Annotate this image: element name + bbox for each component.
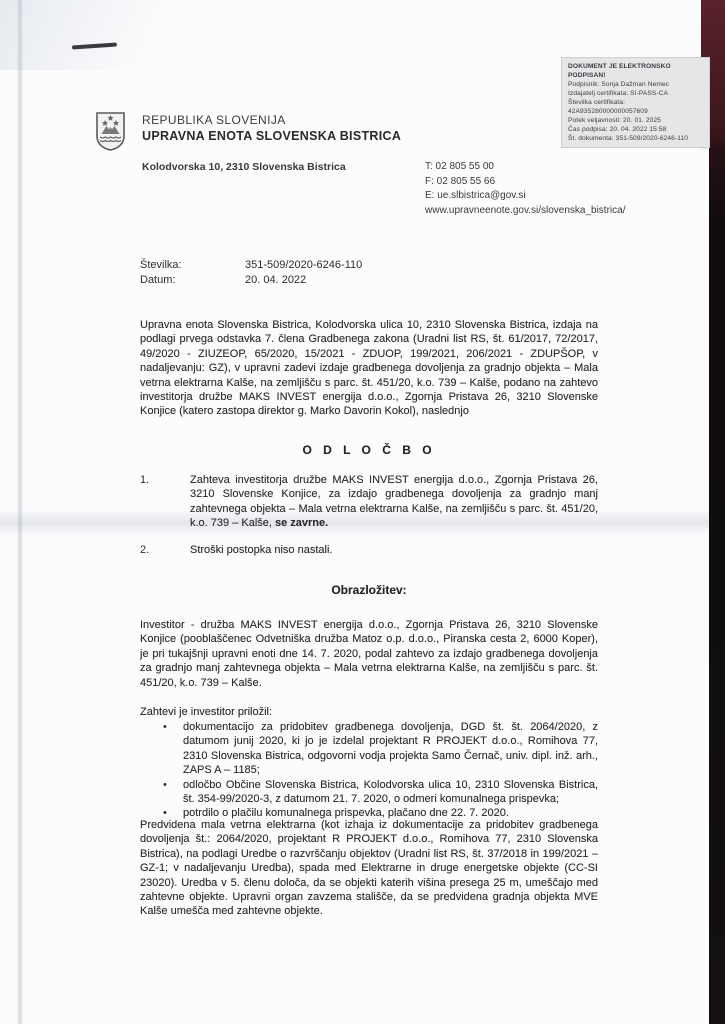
contact-fax: F: 02 805 55 66 bbox=[425, 175, 625, 190]
scan-sheen bbox=[0, 0, 240, 70]
investor-paragraph: Investitor - družba MAKS INVEST energija… bbox=[140, 618, 598, 690]
stamp-cert-number: Številka certifikata: 42A935280000000057… bbox=[568, 98, 704, 116]
decision-item-2: 2. Stroški postopka niso nastali. bbox=[140, 543, 598, 557]
attachments-list: • dokumentacijo za pridobitev gradbenega… bbox=[163, 720, 598, 821]
bullet-icon: • bbox=[163, 720, 183, 778]
contact-block: T: 02 805 55 00 F: 02 805 55 66 E: ue.sl… bbox=[425, 160, 625, 218]
stamp-title: DOKUMENT JE ELEKTRONSKO PODPISAN! bbox=[568, 62, 704, 80]
ref-number-label: Številka: bbox=[140, 258, 245, 273]
bullet-icon: • bbox=[163, 778, 183, 807]
scanned-document-page: { "stamp": { "title": "DOKUMENT JE ELEKT… bbox=[0, 0, 725, 1024]
intro-paragraph: Upravna enota Slovenska Bistrica, Kolodv… bbox=[140, 318, 598, 419]
item-text-bold: se zavrne. bbox=[275, 517, 328, 529]
ref-date-label: Datum: bbox=[140, 273, 245, 288]
final-paragraph: Predvidena mala vetrna elektrarna (kot i… bbox=[140, 818, 598, 919]
item-number: 2. bbox=[140, 543, 190, 557]
decision-item-1: 1. Zahteva investitorja družbe MAKS INVE… bbox=[140, 473, 598, 531]
stamp-valid-until: Potek veljavnosti: 20. 01. 2025 bbox=[568, 116, 704, 125]
list-item: • odločbo Občine Slovenska Bistrica, Kol… bbox=[163, 778, 598, 807]
ref-date-value: 20. 04. 2022 bbox=[245, 273, 306, 288]
decision-title: O D L O Č B O bbox=[140, 443, 598, 457]
stamp-signed-at: Čas podpisa: 20. 04. 2022 15:58 bbox=[568, 125, 704, 134]
contact-email: E: ue.slbistrica@gov.si bbox=[425, 189, 625, 204]
e-signature-stamp: DOKUMENT JE ELEKTRONSKO PODPISAN! Podpis… bbox=[561, 57, 710, 148]
office-address: Kolodvorska 10, 2310 Slovenska Bistrica bbox=[142, 161, 346, 173]
item-text-normal: Stroški postopka niso nastali. bbox=[190, 544, 332, 556]
list-item-text: dokumentacijo za pridobitev gradbenega d… bbox=[183, 720, 598, 778]
explanation-title: Obrazložitev: bbox=[140, 583, 598, 597]
reference-block: Številka: 351-509/2020-6246-110 Datum: 2… bbox=[140, 258, 362, 288]
office-name: UPRAVNA ENOTA SLOVENSKA BISTRICA bbox=[142, 129, 401, 143]
contact-phone: T: 02 805 55 00 bbox=[425, 160, 625, 175]
stamp-doc-number: Št. dokumenta: 351-509/2020-6246-110 bbox=[568, 134, 704, 143]
stamp-issuer: Izdajatelj certifikata: SI-PASS-CA bbox=[568, 89, 704, 98]
item-text: Zahteva investitorja družbe MAKS INVEST … bbox=[190, 473, 598, 531]
country-name: REPUBLIKA SLOVENIJA bbox=[142, 113, 401, 127]
stamp-signer: Podpisnik: Sonja Dažman Nemec bbox=[568, 80, 704, 89]
attachments-intro: Zahtevi je investitor priložil: bbox=[140, 705, 598, 719]
scan-edge-shadow bbox=[709, 0, 725, 1024]
item-text: Stroški postopka niso nastali. bbox=[190, 543, 598, 557]
page-fold-line bbox=[17, 0, 24, 1024]
item-text-normal: Zahteva investitorja družbe MAKS INVEST … bbox=[190, 474, 598, 529]
list-item: • dokumentacijo za pridobitev gradbenega… bbox=[163, 720, 598, 778]
list-item-text: odločbo Občine Slovenska Bistrica, Kolod… bbox=[183, 778, 598, 807]
letterhead: REPUBLIKA SLOVENIJA UPRAVNA ENOTA SLOVEN… bbox=[142, 113, 401, 143]
coat-of-arms-slovenia bbox=[95, 112, 126, 156]
contact-website: www.upravneenote.gov.si/slovenska_bistri… bbox=[425, 204, 625, 219]
ref-number-value: 351-509/2020-6246-110 bbox=[245, 258, 362, 273]
item-number: 1. bbox=[140, 473, 190, 531]
